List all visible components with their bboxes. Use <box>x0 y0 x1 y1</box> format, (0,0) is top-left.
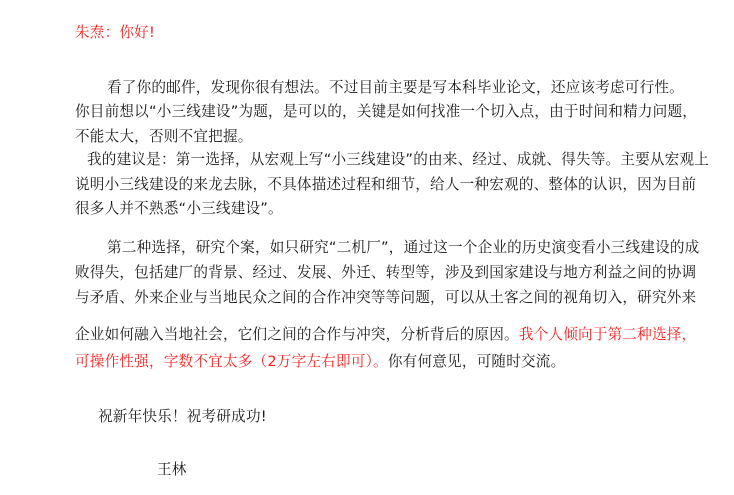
paragraph-line: 你目前想以“小三线建设”为题，是可以的，关键是如何找准一个切入点，由于时间和精力… <box>75 102 697 122</box>
paragraph-line: 与矛盾、外来企业与当地民众之间的合作冲突等等问题，可以从土客之间的视角切入，研究… <box>75 288 696 308</box>
paragraph-line: 败得失，包括建厂的背景、经过、发展、外迁、转型等，涉及到国家建设与地方利益之间的… <box>75 263 696 283</box>
paragraph-line: 可操作性强，字数不宜太多（2万字左右即可）。你有何意见，可随时交流。 <box>75 352 565 372</box>
body-text: 你有何意见，可随时交流。 <box>388 353 566 370</box>
paragraph-line: 很多人并不熟悉“小三线建设”。 <box>75 199 283 219</box>
paragraph-line: 第二种选择，研究个案，如只研究“二机厂”，通过这一个企业的历史演变看小三线建设的… <box>107 238 699 258</box>
paragraph-line: 看了你的邮件，发现你很有想法。不过目前主要是写本科毕业论文，还应该考虑可行性。 <box>107 78 684 98</box>
paragraph-line: 不能太大，否则不宜把握。 <box>75 127 253 147</box>
body-text: 企业如何融入当地社会，它们之间的合作与冲突，分析背后的原因。 <box>75 326 519 343</box>
greeting: 朱焘：你好! <box>75 23 155 43</box>
highlighted-text: 我个人倾向于第二种选择， <box>519 326 697 343</box>
signature: 王林 <box>157 460 187 480</box>
highlighted-text: 可操作性强，字数不宜太多（2万字左右即可）。 <box>75 353 388 370</box>
paragraph-line: 企业如何融入当地社会，它们之间的合作与冲突，分析背后的原因。我个人倾向于第二种选… <box>75 325 696 345</box>
paragraph-line: 说明小三线建设的来龙去脉，不具体描述过程和细节，给人一种宏观的、整体的认识，因为… <box>75 175 696 195</box>
paragraph-line: 我的建议是：第一选择，从宏观上写“小三线建设”的由来、经过、成就、得失等。主要从… <box>87 150 709 170</box>
closing-wishes: 祝新年快乐！祝考研成功! <box>98 407 267 427</box>
